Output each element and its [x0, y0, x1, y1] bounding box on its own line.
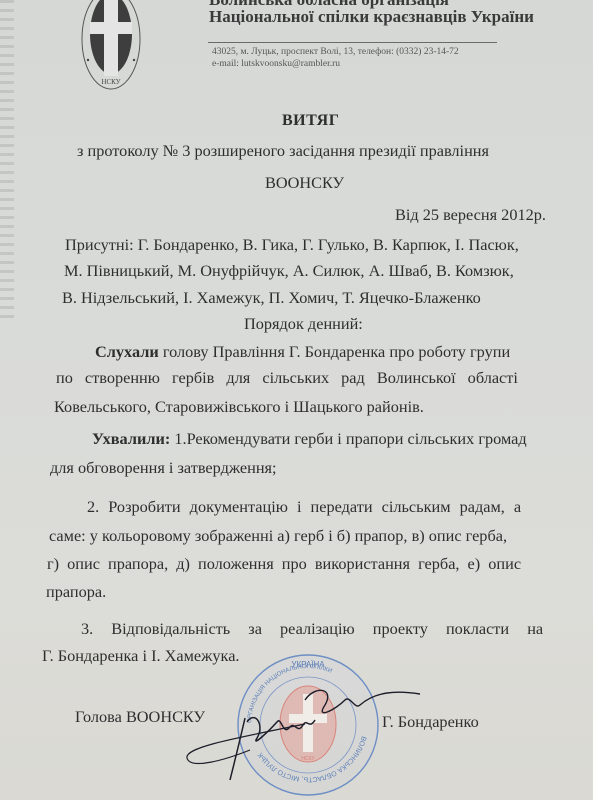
- address-block: 43025, м. Луцьк, проспект Волі, 13, теле…: [212, 46, 459, 70]
- resolved-text: 1.Рекомендувати герби і прапори сільськи…: [170, 429, 526, 448]
- handwritten-signature: [185, 680, 435, 790]
- present-line-1: Присутні: Г. Бондаренко, В. Гика, Г. Гул…: [65, 235, 519, 255]
- heard-label: Слухали: [95, 342, 159, 361]
- svg-text:НСКУ: НСКУ: [101, 78, 120, 86]
- heard-text: голову Правління Г. Бондаренка про робот…: [159, 342, 510, 361]
- subtitle-line1: з протоколу № 3 розширеного засідання пр…: [77, 141, 489, 161]
- heard-line-3: Ковельського, Старовижівського і Шацьког…: [54, 397, 424, 417]
- heard-line-2: по створенню гербів для сільських рад Во…: [56, 368, 518, 388]
- resolved-line-2: для обговорення і затвердження;: [50, 458, 277, 478]
- item3-line-1: 3. Відповідальність за реалізацію проект…: [81, 619, 543, 639]
- heard-line-1: Слухали голову Правління Г. Бондаренка п…: [95, 342, 510, 362]
- letterhead-divider: [208, 42, 497, 43]
- page-edge-shadow: [0, 0, 14, 320]
- signatory-name: Г. Бондаренко: [382, 712, 479, 732]
- address: 43025, м. Луцьк, проспект Волі, 13, теле…: [212, 46, 459, 58]
- org-name-line2: Національної спілки краєзнавців України: [209, 7, 534, 27]
- resolved-line-1: Ухвалили: 1.Рекомендувати герби і прапор…: [92, 429, 527, 449]
- signatory-position: Голова ВООНСКУ: [75, 707, 205, 727]
- item2-line-4: прапора.: [46, 582, 106, 602]
- item2-line-1: 2. Розробити документацію і передати сіл…: [87, 497, 521, 517]
- item2-line-2: саме: у кольоровому зображенні а) герб і…: [49, 526, 507, 546]
- resolved-label: Ухвалили:: [92, 429, 170, 448]
- subtitle-line2: ВООНСКУ: [265, 173, 344, 193]
- item2-line-3: г) опис прапора, д) положення про викори…: [47, 554, 521, 574]
- present-line-2: М. Півницький, М. Онуфрійчук, А. Силюк, …: [64, 261, 514, 281]
- document-date: Від 25 вересня 2012р.: [395, 205, 546, 225]
- email: e-mail: lutskvoonsku@rambler.ru: [212, 58, 459, 70]
- agenda-heading: Порядок денний:: [244, 314, 363, 334]
- item3-line-2: Г. Бондаренка і І. Хамежука.: [42, 646, 240, 666]
- document-title: ВИТЯГ: [282, 112, 339, 130]
- organization-logo-icon: НСКУ: [80, 0, 142, 92]
- present-line-3: В. Нідзельський, І. Хамежук, П. Хомич, Т…: [62, 288, 481, 308]
